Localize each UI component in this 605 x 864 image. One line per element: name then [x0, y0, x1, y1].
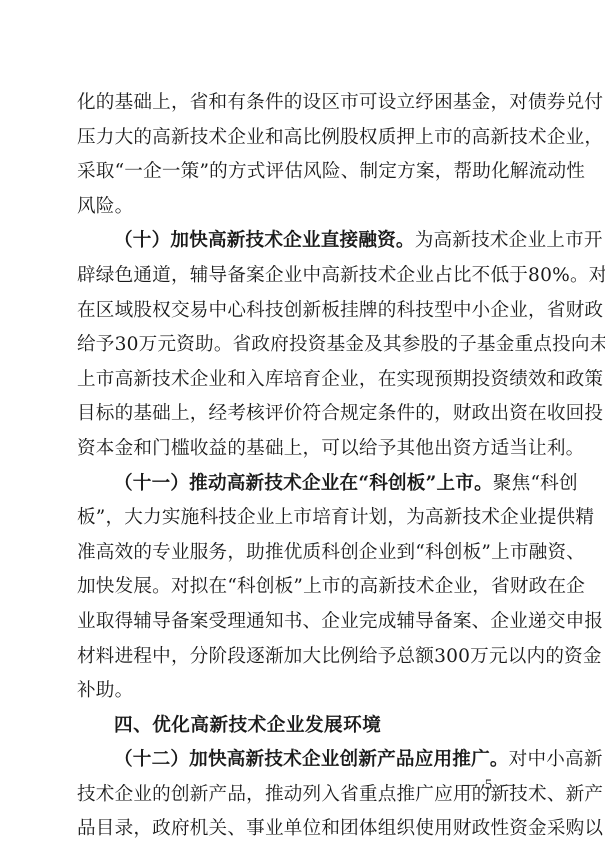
text-line: 加快发展。对拟在“科创板”上市的高新技术企业，省财政在企 — [77, 570, 529, 605]
text-line: 辟绿色通道，辅导备案企业中高新技术企业占比不低于80%。对 — [77, 259, 529, 294]
paragraph-11-first-line: （十一）推动高新技术企业在“科创板”上市。聚焦“科创 — [77, 467, 529, 502]
text-line: 资本金和门槛收益的基础上，可以给予其他出资方适当让利。 — [77, 432, 529, 467]
text-line: 补助。 — [77, 674, 529, 709]
text-line: 板”，大力实施科技企业上市培育计划，为高新技术企业提供精 — [77, 501, 529, 536]
text-span: 为高新技术企业上市开 — [415, 230, 603, 251]
paragraph-11-title: （十一）推动高新技术企业在“科创板”上市。 — [114, 473, 493, 494]
text-line: 风险。 — [77, 190, 529, 225]
paragraph-12-title: （十二）加快高新技术企业创新产品应用推广。 — [114, 749, 509, 770]
text-line: 业取得辅导备案受理通知书、企业完成辅导备案、企业递交申报 — [77, 605, 529, 640]
text-line: 上市高新技术企业和入库培育企业，在实现预期投资绩效和政策 — [77, 363, 529, 398]
text-line: 材料进程中，分阶段逐渐加大比例给予总额300万元以内的资金 — [77, 640, 529, 675]
text-line: 压力大的高新技术企业和高比例股权质押上市的高新技术企业， — [77, 121, 529, 156]
text-line: 准高效的专业服务，助推优质科创企业到“科创板”上市融资、 — [77, 536, 529, 571]
paragraph-10-first-line: （十）加快高新技术企业直接融资。为高新技术企业上市开 — [77, 224, 529, 259]
paragraph-10-title: （十）加快高新技术企业直接融资。 — [114, 230, 415, 251]
text-line: 采取“一企一策”的方式评估风险、制定方案，帮助化解流动性 — [77, 155, 529, 190]
document-page: 化的基础上，省和有条件的设区市可设立纾困基金，对债券兑付 压力大的高新技术企业和… — [77, 86, 529, 847]
text-line: 给予30万元资助。省政府投资基金及其参股的子基金重点投向未 — [77, 328, 529, 363]
text-line: 目标的基础上，经考核评价符合规定条件的，财政出资在收回投 — [77, 397, 529, 432]
text-span: 对中小高新 — [509, 749, 603, 770]
text-line: 品目录，政府机关、事业单位和团体组织使用财政性资金采购以 — [77, 812, 529, 847]
text-line: 化的基础上，省和有条件的设区市可设立纾困基金，对债券兑付 — [77, 86, 529, 121]
text-line: 在区域股权交易中心科技创新板挂牌的科技型中小企业，省财政 — [77, 294, 529, 329]
paragraph-12-first-line: （十二）加快高新技术企业创新产品应用推广。对中小高新 — [77, 743, 529, 778]
text-span: 聚焦“科创 — [493, 473, 578, 494]
page-number: — 5 — — [462, 777, 517, 794]
section-heading: 四、优化高新技术企业发展环境 — [77, 709, 529, 744]
